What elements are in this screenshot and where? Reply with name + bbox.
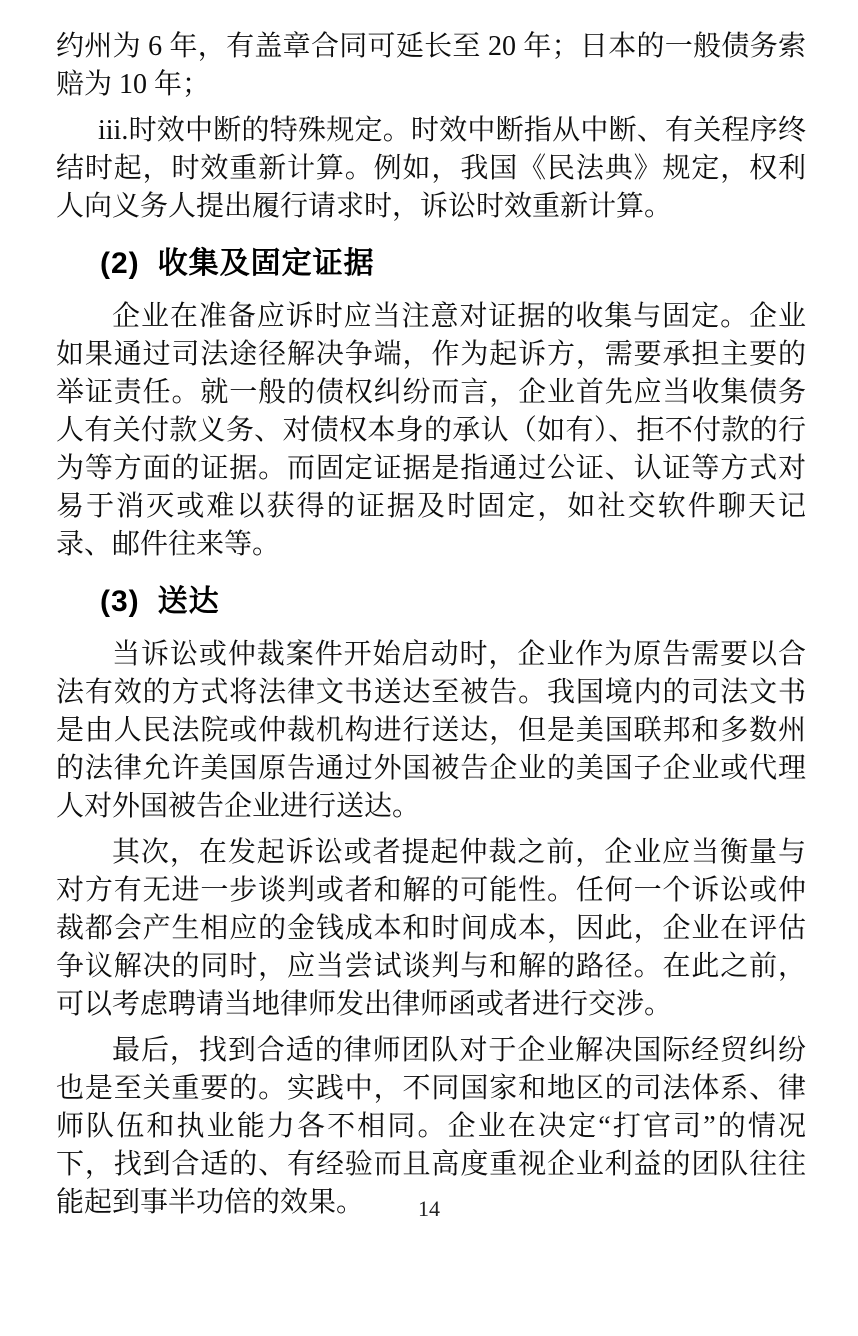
section-3-paragraph-3: 最后，找到合适的律师团队对于企业解决国际经贸纠纷也是至关重要的。实践中，不同国家…	[56, 1032, 806, 1222]
section-2-title: 收集及固定证据	[158, 247, 375, 280]
section-heading-2: (2)收集及固定证据	[56, 244, 806, 284]
section-2-number: (2)	[100, 244, 140, 284]
document-content: 约州为 6 年，有盖章合同可延长至 20 年；日本的一般债务索赔为 10 年； …	[0, 0, 858, 1222]
section-heading-3: (3)送达	[56, 582, 806, 622]
page-number: 14	[418, 1196, 440, 1221]
paragraph-continuation: 约州为 6 年，有盖章合同可延长至 20 年；日本的一般债务索赔为 10 年；	[56, 28, 806, 104]
page-footer: 14	[0, 1196, 858, 1222]
section-3-paragraph-1: 当诉讼或仲裁案件开始启动时，企业作为原告需要以合法有效的方式将法律文书送达至被告…	[56, 636, 806, 826]
section-3-title: 送达	[158, 585, 220, 618]
section-3-number: (3)	[100, 582, 140, 622]
section-2-paragraph: 企业在准备应诉时应当注意对证据的收集与固定。企业如果通过司法途径解决争端，作为起…	[56, 298, 806, 564]
section-3-paragraph-2: 其次，在发起诉讼或者提起仲裁之前，企业应当衡量与对方有无进一步谈判或者和解的可能…	[56, 834, 806, 1024]
document-page: 约州为 6 年，有盖章合同可延长至 20 年；日本的一般债务索赔为 10 年； …	[0, 0, 858, 1336]
paragraph-clause-iii: iii.时效中断的特殊规定。时效中断指从中断、有关程序终结时起，时效重新计算。例…	[56, 112, 806, 226]
